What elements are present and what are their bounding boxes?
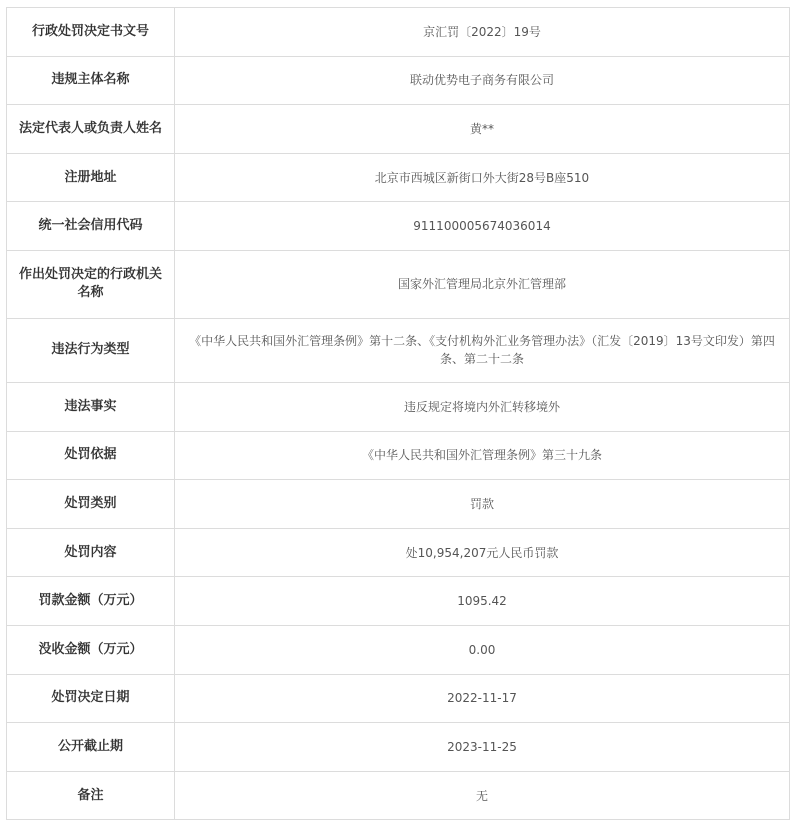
row-value: 《中华人民共和国外汇管理条例》第十二条、《支付机构外汇业务管理办法》（汇发〔20… [175, 318, 790, 382]
row-label: 罚款金额（万元） [7, 577, 175, 626]
row-value: 违反规定将境内外汇转移境外 [175, 382, 790, 431]
table-row-violation-facts: 违法事实 违反规定将境内外汇转移境外 [7, 382, 790, 431]
row-label: 违法事实 [7, 382, 175, 431]
row-value: 黄** [175, 105, 790, 154]
row-label: 处罚内容 [7, 528, 175, 577]
row-value: 联动优势电子商务有限公司 [175, 56, 790, 105]
table-row-decision-number: 行政处罚决定书文号 京汇罚〔2022〕19号 [7, 8, 790, 57]
table-row-confiscation-amount: 没收金额（万元） 0.00 [7, 625, 790, 674]
row-label: 处罚类别 [7, 480, 175, 529]
row-value: 国家外汇管理局北京外汇管理部 [175, 250, 790, 318]
row-label: 违规主体名称 [7, 56, 175, 105]
table-row-penalty-content: 处罚内容 处10,954,207元人民币罚款 [7, 528, 790, 577]
row-value: 911100005674036014 [175, 202, 790, 251]
row-label: 法定代表人或负责人姓名 [7, 105, 175, 154]
row-value: 1095.42 [175, 577, 790, 626]
table-row-remarks: 备注 无 [7, 771, 790, 820]
table-row-fine-amount: 罚款金额（万元） 1095.42 [7, 577, 790, 626]
table-row-legal-representative: 法定代表人或负责人姓名 黄** [7, 105, 790, 154]
row-value: 无 [175, 771, 790, 820]
table-row-issuing-authority: 作出处罚决定的行政机关名称 国家外汇管理局北京外汇管理部 [7, 250, 790, 318]
table-row-registered-address: 注册地址 北京市西城区新街口外大街28号B座510 [7, 153, 790, 202]
row-label: 没收金额（万元） [7, 625, 175, 674]
table-row-disclosure-deadline: 公开截止期 2023-11-25 [7, 723, 790, 772]
row-label: 违法行为类型 [7, 318, 175, 382]
row-label: 处罚依据 [7, 431, 175, 480]
row-label: 备注 [7, 771, 175, 820]
row-label: 公开截止期 [7, 723, 175, 772]
table-row-penalty-category: 处罚类别 罚款 [7, 480, 790, 529]
table-row-credit-code: 统一社会信用代码 911100005674036014 [7, 202, 790, 251]
row-value: 0.00 [175, 625, 790, 674]
row-value: 北京市西城区新街口外大街28号B座510 [175, 153, 790, 202]
penalty-decision-table: 行政处罚决定书文号 京汇罚〔2022〕19号 违规主体名称 联动优势电子商务有限… [6, 7, 790, 820]
table-row-penalty-basis: 处罚依据 《中华人民共和国外汇管理条例》第三十九条 [7, 431, 790, 480]
row-value: 2022-11-17 [175, 674, 790, 723]
row-label: 注册地址 [7, 153, 175, 202]
table-row-violation-type: 违法行为类型 《中华人民共和国外汇管理条例》第十二条、《支付机构外汇业务管理办法… [7, 318, 790, 382]
table-row-decision-date: 处罚决定日期 2022-11-17 [7, 674, 790, 723]
row-label: 作出处罚决定的行政机关名称 [7, 250, 175, 318]
row-value: 2023-11-25 [175, 723, 790, 772]
row-value: 《中华人民共和国外汇管理条例》第三十九条 [175, 431, 790, 480]
row-label: 行政处罚决定书文号 [7, 8, 175, 57]
row-label: 统一社会信用代码 [7, 202, 175, 251]
row-value: 处10,954,207元人民币罚款 [175, 528, 790, 577]
row-value: 罚款 [175, 480, 790, 529]
row-label: 处罚决定日期 [7, 674, 175, 723]
row-value: 京汇罚〔2022〕19号 [175, 8, 790, 57]
table-row-violator-name: 违规主体名称 联动优势电子商务有限公司 [7, 56, 790, 105]
